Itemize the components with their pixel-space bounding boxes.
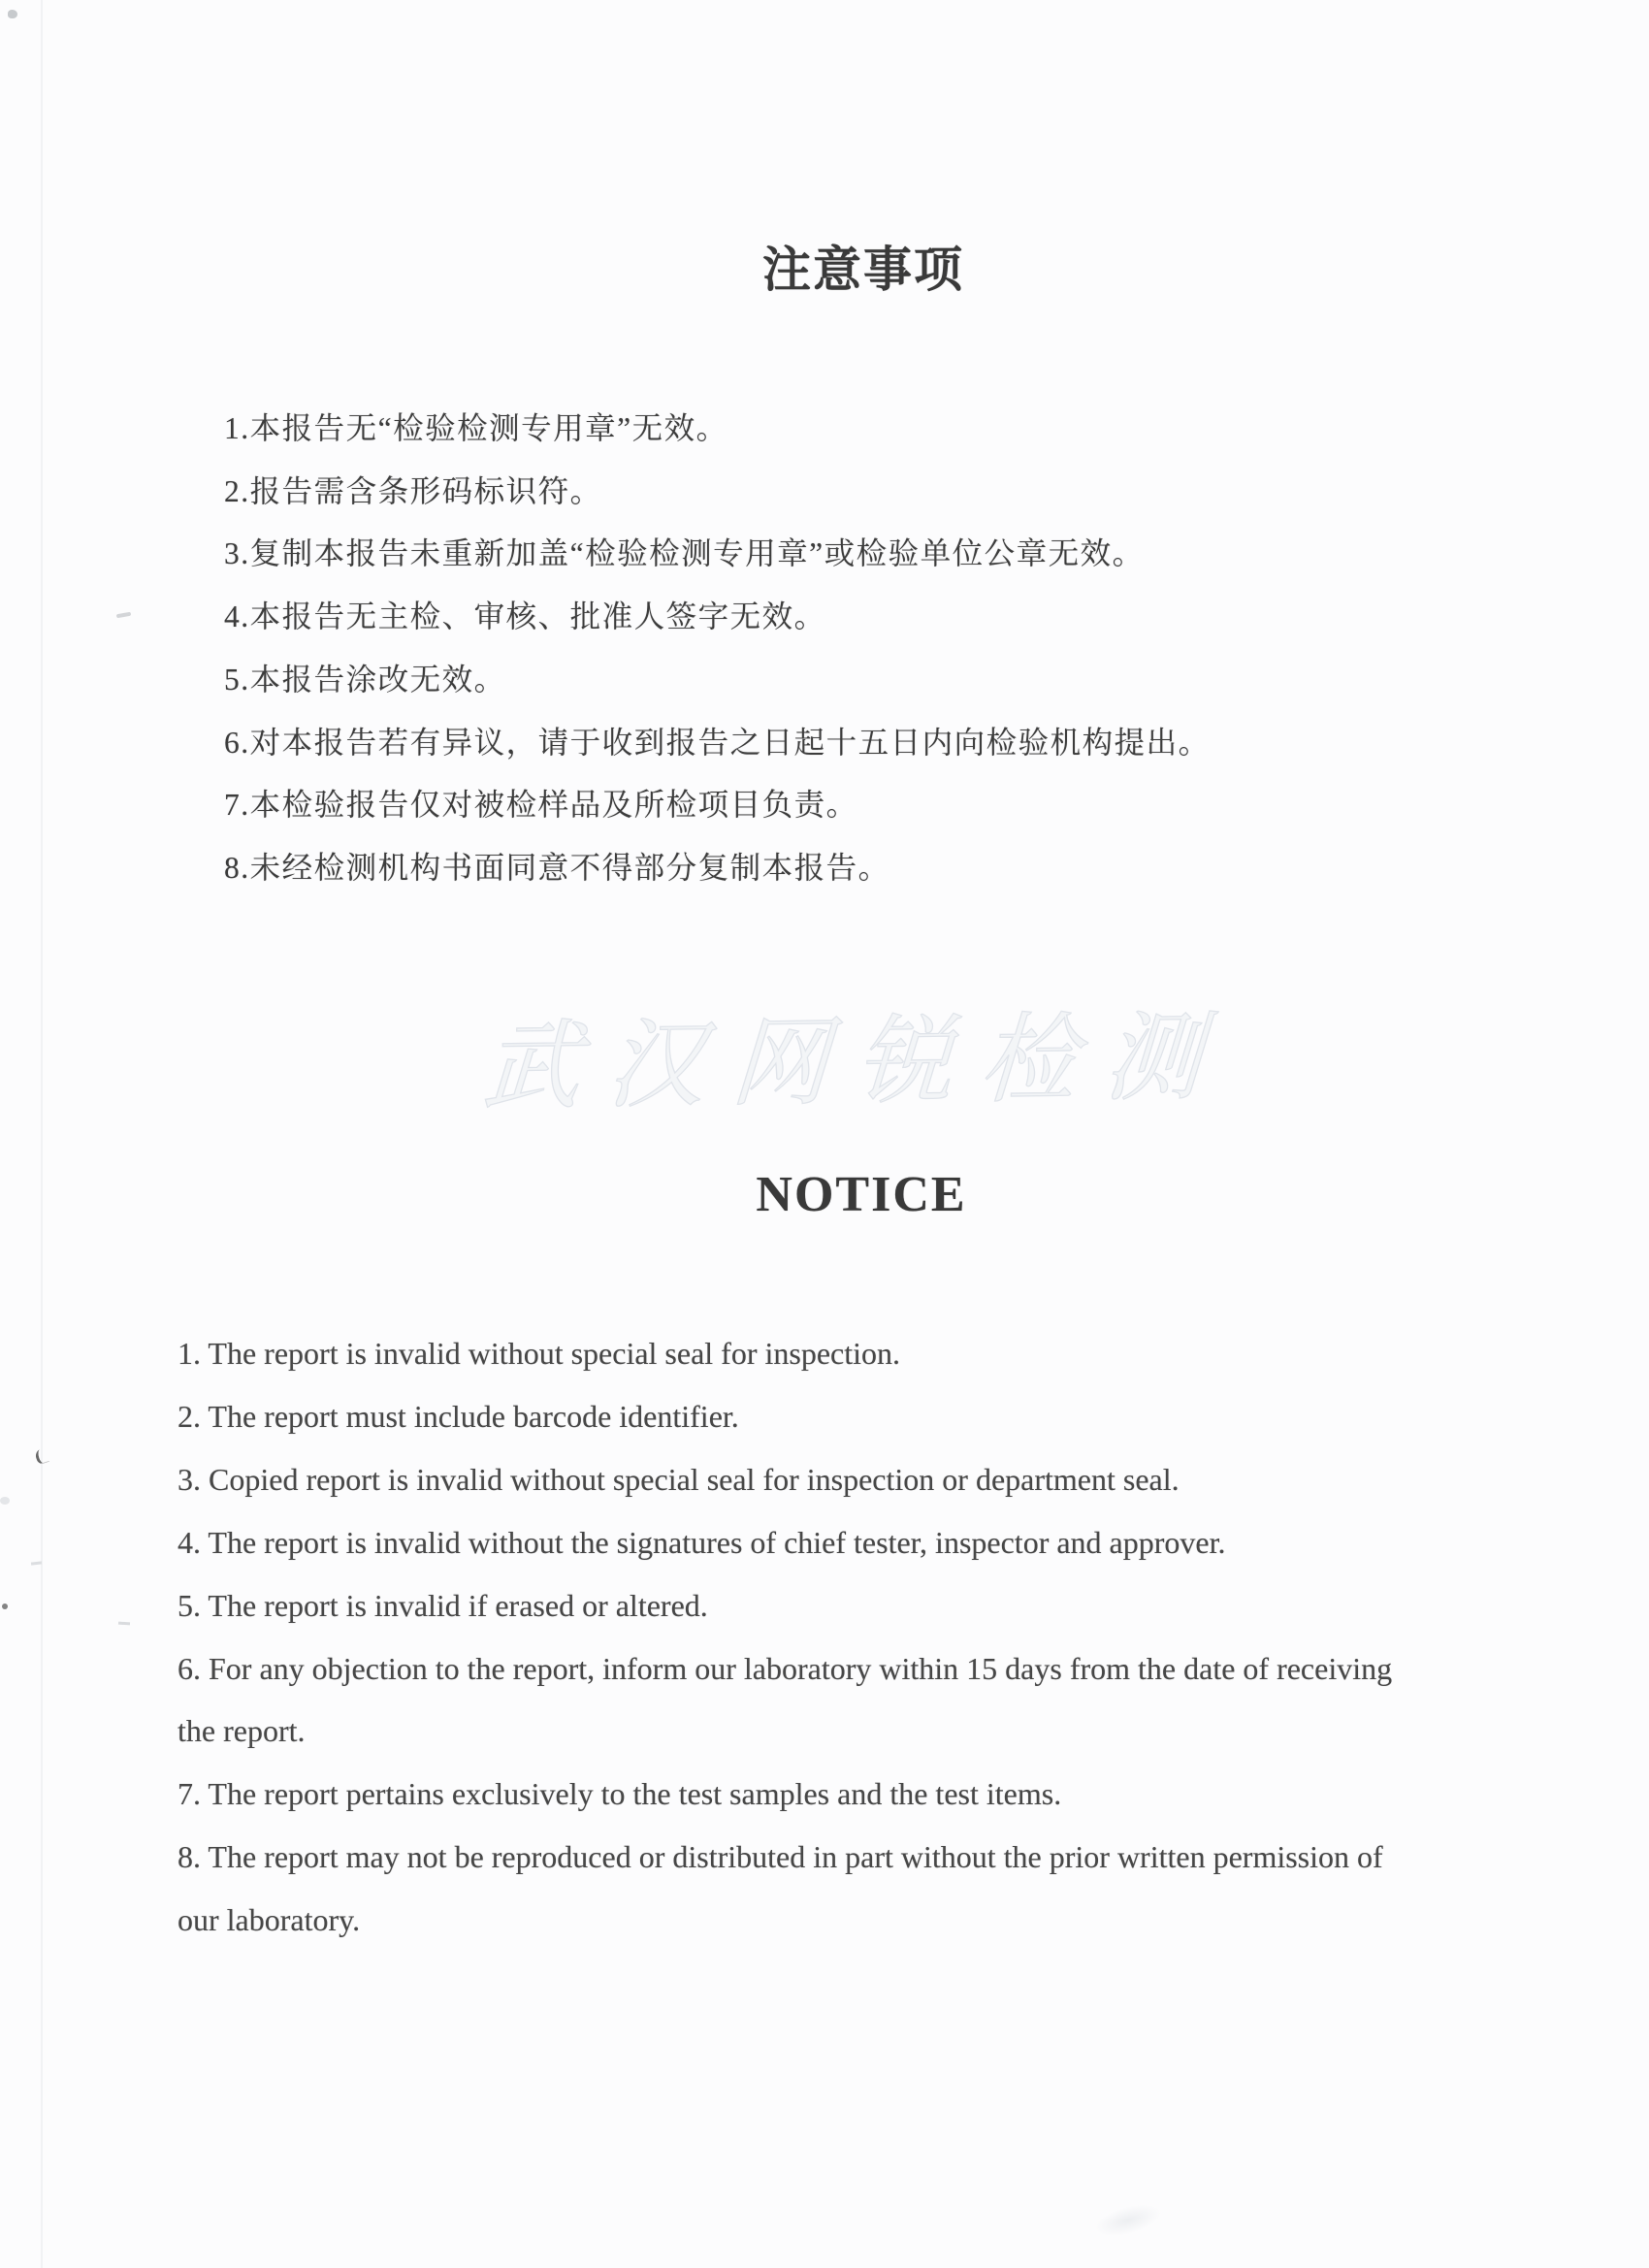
cn-notice-item: 7.本检验报告仅对被检样品及所检项目负责。 — [224, 774, 1504, 837]
scan-fold-line — [41, 0, 43, 2268]
en-notice-item: 1. The report is invalid without special… — [178, 1322, 1618, 1385]
scan-artifact-dash — [116, 612, 131, 619]
scan-artifact-comma-fleck — [34, 1448, 49, 1466]
en-notice-item: 7. The report pertains exclusively to th… — [178, 1763, 1618, 1826]
en-notice-item: 5. The report is invalid if erased or al… — [178, 1574, 1618, 1637]
en-notice-item: 2. The report must include barcode ident… — [178, 1385, 1618, 1448]
scan-artifact-smudge — [1092, 2198, 1165, 2242]
document-page: 注意事项 1.本报告无“检验检测专用章”无效。2.报告需含条形码标识符。3.复制… — [0, 0, 1649, 2268]
cn-notice-item: 6.对本报告若有异议，请于收到报告之日起十五日内向检验机构提出。 — [224, 712, 1504, 775]
cn-notice-item: 8.未经检测机构书面同意不得部分复制本报告。 — [224, 837, 1504, 900]
watermark-text: 武汉网锐检测 — [479, 998, 1232, 1129]
en-notice-item: 4. The report is invalid without the sig… — [178, 1511, 1618, 1574]
cn-notice-item: 2.报告需含条形码标识符。 — [224, 461, 1504, 524]
cn-notice-item: 1.本报告无“检验检测专用章”无效。 — [224, 398, 1504, 461]
scan-artifact-dash — [118, 1622, 130, 1626]
cn-notice-item: 4.本报告无主检、审核、批准人签字无效。 — [224, 586, 1504, 649]
cn-notice-item: 5.本报告涂改无效。 — [224, 649, 1504, 712]
scan-artifact-smudge — [0, 1497, 10, 1505]
scan-artifact-corner-dot — [8, 10, 17, 18]
en-notice-item: 6. For any objection to the report, info… — [178, 1637, 1618, 1764]
en-notice-item: 8. The report may not be reproduced or d… — [178, 1826, 1618, 1952]
en-notice-title: NOTICE — [37, 1166, 1649, 1224]
cn-notice-list: 1.本报告无“检验检测专用章”无效。2.报告需含条形码标识符。3.复制本报告未重… — [224, 398, 1504, 900]
en-notice-item: 3. Copied report is invalid without spec… — [178, 1448, 1618, 1511]
cn-notice-item: 3.复制本报告未重新加盖“检验检测专用章”或检验单位公章无效。 — [224, 523, 1504, 586]
en-notice-list: 1. The report is invalid without special… — [178, 1322, 1618, 1952]
scan-artifact-dot — [2, 1604, 8, 1609]
cn-notice-title: 注意事项 — [39, 241, 1649, 299]
